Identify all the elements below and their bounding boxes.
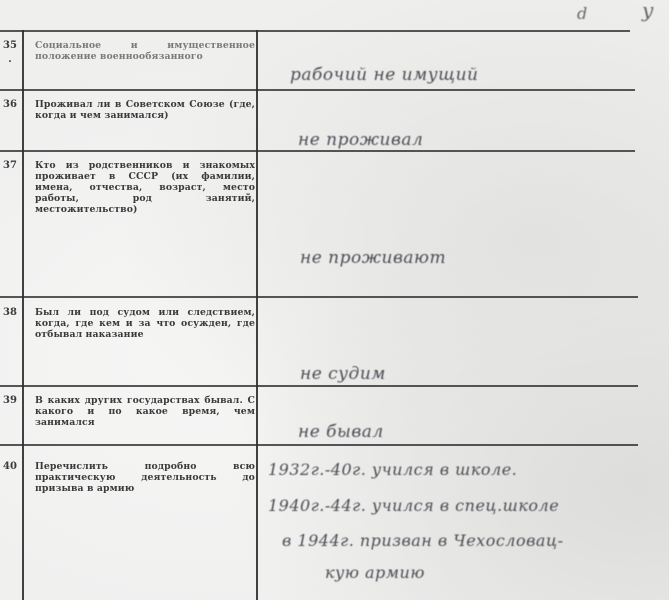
column-divider-answer [256,30,258,600]
row-number: 37 [1,160,19,171]
question-text: Кто из родственников и знакомых проживае… [35,160,255,215]
handwritten-answer-line-1: 1932г.-40г. учился в школе. [268,460,517,479]
row-divider-36-37 [0,150,635,152]
handwritten-answer-line-3: в 1944г. призван в Чехословац- [282,531,564,550]
handwritten-answer: рабочий не имущий [290,65,479,85]
row-number: 35 [1,40,19,51]
row-number: 36 [1,99,19,110]
handwritten-answer-line-2: 1940г.-44г. учился в спец.школе [268,496,559,515]
row-number: 39 [1,395,19,406]
row-number: 40 [1,461,19,472]
corner-mark-right: y [642,0,653,22]
row-divider-37-38 [0,296,638,298]
question-text: В каких других государствах бывал. С как… [35,395,255,428]
row-divider-39-40 [0,444,638,446]
question-text: Проживал ли в Советском Союзе (где, когд… [35,99,255,121]
row-number: 38 [1,307,19,318]
question-text: Перечислить подробно всю практическую де… [35,461,255,494]
question-text: Социальное и имущественное положение вое… [35,40,255,62]
row-divider-35-36 [0,89,635,91]
handwritten-answer: не судим [300,364,386,384]
handwritten-answer-line-4: кую армию [325,563,425,582]
handwritten-answer: не бывал [298,422,384,442]
question-text: Был ли под судом или следствием, когда, … [35,307,255,340]
corner-mark-left: d [577,4,587,23]
handwritten-answer: не проживают [300,248,446,268]
row-divider-top [0,30,630,32]
row-number-dot: . [1,54,19,65]
document-page: d y 35 . Социальное и имущественное поло… [0,0,669,600]
row-divider-38-39 [0,385,638,387]
handwritten-answer: не проживал [298,130,423,150]
column-divider-number [22,30,24,600]
